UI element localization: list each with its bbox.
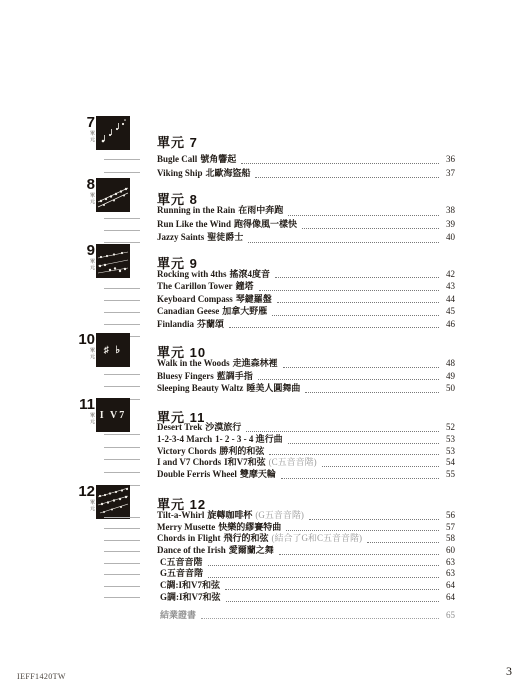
unit-song-list: Walk in the Woods 走進森林裡 48 Bluesy Finger…: [157, 357, 455, 395]
song-title-zh: C調:I和V7和弦: [160, 580, 220, 592]
practice-check-line: [104, 552, 140, 564]
toc-entry: G調:I和V7和弦 64: [157, 592, 455, 604]
page-number: 53: [441, 446, 455, 458]
dot-leader: [281, 478, 439, 479]
toc-entry: Sleeping Beauty Waltz 睡美人圓舞曲 50: [157, 382, 455, 395]
practice-check-line: [104, 277, 140, 289]
page-number: 63: [441, 557, 455, 569]
practice-check-line: [104, 518, 140, 530]
dot-leader: [305, 392, 439, 393]
unit-side-label: 單元: [77, 348, 95, 360]
toc-entry: Bugle Call 號角響起 36: [157, 152, 455, 166]
unit-number: 8: [77, 177, 95, 192]
toc-unit: 12 單元 單元 12 Tilt-a-Whirl 旋轉咖啡杯 (G五音音階) 5…: [86, 484, 455, 604]
page-number: 54: [441, 457, 455, 469]
toc-entry-certificate: 結業證書 65: [157, 608, 455, 621]
dot-leader: [226, 601, 440, 602]
practice-check-line: [104, 207, 140, 219]
unit-side-label: 單元: [77, 413, 95, 425]
dot-leader: [259, 290, 439, 291]
unit-side-label: 單元: [77, 500, 95, 512]
song-title-en: Keyboard Compass: [157, 293, 233, 305]
dot-leader: [288, 443, 439, 444]
song-title-zh: 芬蘭頌: [197, 318, 224, 330]
dot-leader: [241, 163, 439, 164]
song-title-zh: 跑得像風一樣快: [234, 218, 297, 232]
dot-leader: [201, 618, 439, 619]
page-number: 42: [441, 268, 455, 280]
toc-entry: Chords in Flight 飛行的和弦 (結合了G和C五音音階) 58: [157, 533, 455, 545]
song-title-zh: I和V7和弦: [224, 457, 266, 469]
dot-leader: [279, 554, 439, 555]
practice-check-line: [104, 460, 140, 473]
toc-entry: Merry Musette 快樂的繆賽特曲 57: [157, 522, 455, 534]
song-title-zh: 愛爾蘭之舞: [229, 545, 274, 557]
page-number: 46: [441, 318, 455, 330]
song-title-en: Rocking with 4ths: [157, 268, 227, 280]
page-number: 50: [441, 382, 455, 395]
dot-leader: [272, 315, 439, 316]
song-title-en: Bugle Call: [157, 152, 197, 166]
dot-leader: [275, 277, 439, 278]
dot-leader: [225, 589, 439, 590]
song-title-en: Walk in the Woods: [157, 357, 230, 370]
practice-check-lines: [104, 147, 140, 173]
song-title-zh: 搖滾4度音: [230, 268, 271, 280]
unit-side-label: 單元: [77, 131, 95, 143]
practice-check-line: [104, 289, 140, 301]
dot-leader: [367, 542, 439, 543]
toc-entry: The Carillon Tower 鐘塔 43: [157, 280, 455, 292]
folio-page-number: 3: [498, 664, 512, 679]
practice-check-line: [104, 375, 140, 388]
toc-entry: C五音音階 63: [157, 557, 455, 569]
toc-entry: Bluesy Fingers 藍調手指 49: [157, 370, 455, 383]
song-title-en: I and V7 Chords: [157, 457, 221, 469]
dot-leader: [246, 431, 439, 432]
song-title-zh: 藍調手指: [217, 370, 253, 383]
song-title-zh: 號角響起: [200, 152, 236, 166]
song-note: (C五音音階): [269, 457, 317, 469]
page-number: 53: [441, 434, 455, 446]
dot-leader: [258, 379, 439, 380]
page-number: 48: [441, 357, 455, 370]
song-title-zh: 在雨中奔跑: [238, 204, 283, 218]
unit-song-list: Rocking with 4ths 搖滾4度音 42 The Carillon …: [157, 268, 455, 330]
practice-check-line: [104, 147, 140, 160]
practice-check-line: [104, 529, 140, 541]
song-title-zh: 雙摩天輪: [240, 469, 276, 481]
toc-entry: Canadian Geese 加拿大野雁 45: [157, 305, 455, 317]
icon-glyphs: ♯ ♭: [104, 345, 122, 356]
page-number: 36: [441, 152, 455, 166]
song-title-zh: 旋轉咖啡杯: [207, 510, 252, 522]
toc-entry: G五音音階 63: [157, 568, 455, 580]
page-number: 49: [441, 370, 455, 383]
page-number: 64: [441, 592, 455, 604]
practice-check-line: [104, 448, 140, 461]
unit-number: 10: [77, 332, 95, 347]
toc-entry: Desert Trek 沙漠旅行 52: [157, 422, 455, 434]
dot-leader: [288, 215, 439, 216]
song-title-zh: 快樂的繆賽特曲: [218, 522, 281, 534]
song-title-zh: 沙漠旅行: [205, 422, 241, 434]
toc-entry: 1-2-3-4 March 1- 2 - 3 - 4 進行曲 53: [157, 434, 455, 446]
practice-check-line: [104, 231, 140, 243]
song-title-en: Dance of the Irish: [157, 545, 226, 557]
toc-entry: Rocking with 4ths 搖滾4度音 42: [157, 268, 455, 280]
toc-entry: Run Like the Wind 跑得像風一樣快 39: [157, 218, 455, 232]
practice-check-line: [104, 435, 140, 448]
song-title-zh: 加拿大野雁: [222, 305, 267, 317]
unit-number: 7: [77, 115, 95, 130]
toc-entry: Keyboard Compass 琴鍵羅盤 44: [157, 293, 455, 305]
toc-entry: Running in the Rain 在雨中奔跑 38: [157, 204, 455, 218]
unit-song-list: Tilt-a-Whirl 旋轉咖啡杯 (G五音音階) 56 Merry Muse…: [157, 510, 455, 604]
song-title-en: Running in the Rain: [157, 204, 235, 218]
dot-leader: [309, 519, 439, 520]
song-title-en: Run Like the Wind: [157, 218, 231, 232]
practice-check-lines: [104, 277, 140, 337]
page-number: 38: [441, 204, 455, 218]
icon-glyphs: I V7: [100, 410, 126, 421]
song-title-zh: G調:I和V7和弦: [160, 592, 221, 604]
page-number: 55: [441, 469, 455, 481]
dot-leader: [322, 466, 439, 467]
toc-unit: 11 單元 I V7 單元 11 Desert Trek 沙漠旅行 52 1-2…: [86, 397, 455, 481]
practice-check-line: [104, 506, 140, 518]
closing-label: 結業證書: [160, 608, 196, 621]
page-number: 64: [441, 580, 455, 592]
practice-check-line: [104, 301, 140, 313]
song-title-en: Tilt-a-Whirl: [157, 510, 204, 522]
toc-unit: 9 單元 單元 9 Rocking with 4ths 搖滾4度音 42 The…: [86, 243, 455, 330]
practice-check-line: [104, 219, 140, 231]
practice-check-lines: [104, 422, 140, 486]
page-number: 58: [441, 533, 455, 545]
song-title-en: Canadian Geese: [157, 305, 219, 317]
toc-entry: Dance of the Irish 愛爾蘭之舞 60: [157, 545, 455, 557]
practice-check-line: [104, 541, 140, 553]
unit-heading: 單元 7: [157, 135, 198, 150]
song-title-zh: 飛行的和弦: [224, 533, 269, 545]
page-number: 44: [441, 293, 455, 305]
practice-check-line: [104, 362, 140, 375]
song-title-en: Chords in Flight: [157, 533, 221, 545]
toc-entry: Walk in the Woods 走進森林裡 48: [157, 357, 455, 370]
song-note: (結合了G和C五音音階): [272, 533, 363, 545]
practice-check-line: [104, 575, 140, 587]
page-number: 52: [441, 422, 455, 434]
dot-leader: [302, 228, 439, 229]
practice-check-lines: [104, 506, 140, 598]
song-title-zh: G五音音階: [160, 568, 203, 580]
unit-side-label: 單元: [77, 193, 95, 205]
practice-check-lines: [104, 207, 140, 243]
song-title-en: Victory Chords: [157, 446, 216, 458]
song-title-zh: 琴鍵羅盤: [236, 293, 272, 305]
song-title-zh: 走進森林裡: [233, 357, 278, 370]
toc-entry: C調:I和V7和弦 64: [157, 580, 455, 592]
page-number: 57: [441, 522, 455, 534]
song-title-en: Merry Musette: [157, 522, 215, 534]
practice-check-lines: [104, 362, 140, 400]
toc-entry: Double Ferris Wheel 雙摩天輪 55: [157, 469, 455, 481]
song-title-en: Double Ferris Wheel: [157, 469, 237, 481]
song-title-zh: 勝利的和弦: [219, 446, 264, 458]
page-number: 65: [441, 610, 455, 620]
song-title-en: 1-2-3-4 March: [157, 434, 212, 446]
song-title-en: Finlandia: [157, 318, 194, 330]
practice-check-line: [104, 313, 140, 325]
dot-leader: [277, 302, 439, 303]
song-title-en: Desert Trek: [157, 422, 202, 434]
page-number: 43: [441, 280, 455, 292]
toc-entry: I and V7 Chords I和V7和弦 (C五音音階) 54: [157, 457, 455, 469]
toc-unit: 10 單元 ♯ ♭ 單元 10 Walk in the Woods 走進森林裡 …: [86, 332, 455, 395]
song-title-zh: 鐘塔: [236, 280, 254, 292]
dot-leader: [208, 565, 440, 566]
unit-song-list: Desert Trek 沙漠旅行 52 1-2-3-4 March 1- 2 -…: [157, 422, 455, 481]
song-title-en: The Carillon Tower: [157, 280, 233, 292]
toc-entry: Tilt-a-Whirl 旋轉咖啡杯 (G五音音階) 56: [157, 510, 455, 522]
practice-check-line: [104, 160, 140, 173]
music-notes-icon: [96, 116, 130, 150]
unit-song-list: Running in the Rain 在雨中奔跑 38 Run Like th…: [157, 204, 455, 245]
unit-side-label: 單元: [77, 259, 95, 271]
song-title-en: Sleeping Beauty Waltz: [157, 382, 243, 395]
song-title-zh: C五音音階: [160, 557, 203, 569]
page-number: 45: [441, 305, 455, 317]
unit-number: 11: [77, 397, 95, 412]
dot-leader: [208, 577, 439, 578]
dot-leader: [286, 530, 439, 531]
page-number: 60: [441, 545, 455, 557]
unit-song-list: Bugle Call 號角響起 36 Viking Ship 北歐海盜船 37: [157, 152, 455, 180]
catalog-code: IEFF1420TW: [17, 672, 66, 681]
toc-entry: Victory Chords 勝利的和弦 53: [157, 446, 455, 458]
dot-leader: [269, 454, 439, 455]
practice-check-line: [104, 587, 140, 599]
toc-unit: 7 單元 單元 7 Bugle Call 號角響起 36 Viking Ship…: [86, 115, 455, 180]
song-title-zh: 睡美人圓舞曲: [246, 382, 300, 395]
page-number: 39: [441, 218, 455, 232]
book-contents-page: 7 單元 單元 7 Bugle Call 號角響起 36 Viking Ship…: [0, 0, 524, 700]
toc-entry: Finlandia 芬蘭頌 46: [157, 318, 455, 330]
dot-leader: [229, 327, 439, 328]
music-notes-icon: [96, 244, 130, 278]
song-title-zh: 1- 2 - 3 - 4 進行曲: [215, 434, 283, 446]
dot-leader: [283, 367, 439, 368]
toc-unit: 8 單元 單元 8 Running in the Rain 在雨中奔跑 38 R…: [86, 177, 455, 245]
practice-check-line: [104, 564, 140, 576]
song-note: (G五音音階): [255, 510, 304, 522]
page-number: 63: [441, 568, 455, 580]
unit-number: 9: [77, 243, 95, 258]
page-number: 56: [441, 510, 455, 522]
song-title-en: Bluesy Fingers: [157, 370, 214, 383]
unit-number: 12: [77, 484, 95, 499]
practice-check-line: [104, 422, 140, 435]
